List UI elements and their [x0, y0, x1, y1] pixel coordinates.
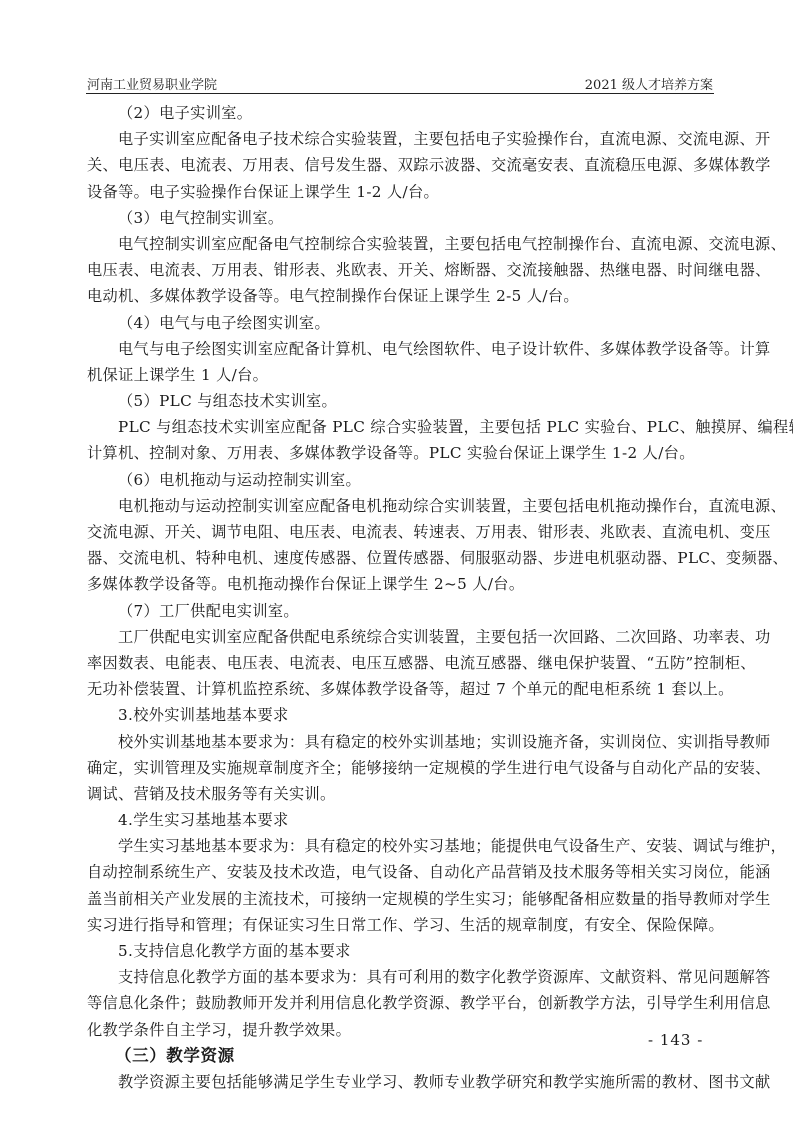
paragraph-line: PLC 与组态技术实训室应配备 PLC 综合实验装置，主要包括 PLC 实验台、… — [87, 414, 713, 440]
subsection-heading: 3.校外实训基地基本要求 — [87, 702, 713, 728]
paragraph-line: 支持信息化教学方面的基本要求为：具有可利用的数字化教学资源库、文献资料、常见问题… — [87, 964, 713, 990]
paragraph-line: 多媒体教学设备等。电机拖动操作台保证上课学生 2~5 人/台。 — [87, 571, 713, 597]
paragraph-line: 校外实训基地基本要求为：具有稳定的校外实训基地；实训设施齐备，实训岗位、实训指导… — [87, 729, 713, 755]
subsection-heading: 4.学生实习基地基本要求 — [87, 807, 713, 833]
subsection-heading: （4）电气与电子绘图实训室。 — [87, 310, 713, 336]
paragraph-line: 化教学条件自主学习，提升教学效果。 — [87, 1017, 713, 1043]
section-heading: （三）教学资源 — [87, 1043, 713, 1069]
subsection-heading: （6）电机拖动与运动控制实训室。 — [87, 467, 713, 493]
paragraph-line: 交流电源、开关、调节电阻、电压表、电流表、转速表、万用表、钳形表、兆欧表、直流电… — [87, 519, 713, 545]
paragraph-line: 电子实训室应配备电子技术综合实验装置，主要包括电子实验操作台，直流电源、交流电源… — [87, 126, 713, 152]
header-document-title: 2021 级人才培养方案 — [585, 74, 713, 93]
paragraph-line: 调试、营销及技术服务等有关实训。 — [87, 781, 713, 807]
subsection-heading: 5.支持信息化教学方面的基本要求 — [87, 938, 713, 964]
paragraph-line: 教学资源主要包括能够满足学生专业学习、教师专业教学研究和教学实施所需的教材、图书… — [87, 1069, 713, 1095]
paragraph-line: 实习进行指导和管理；有保证实习生日常工作、学习、生活的规章制度，有安全、保险保障… — [87, 912, 713, 938]
header-divider — [86, 93, 714, 94]
paragraph-line: 电动机、多媒体教学设备等。电气控制操作台保证上课学生 2-5 人/台。 — [87, 283, 713, 309]
page-body: （2）电子实训室。电子实训室应配备电子技术综合实验装置，主要包括电子实验操作台，… — [87, 100, 713, 1095]
paragraph-line: 计算机、控制对象、万用表、多媒体教学设备等。PLC 实验台保证上课学生 1-2 … — [87, 440, 713, 466]
page-header: 河南工业贸易职业学院 2021 级人才培养方案 — [87, 70, 713, 92]
paragraph-line: 电气控制实训室应配备电气控制综合实验装置，主要包括电气控制操作台、直流电源、交流… — [87, 231, 713, 257]
paragraph-line: 盖当前相关产业发展的主流技术，可接纳一定规模的学生实习；能够配备相应数量的指导教… — [87, 886, 713, 912]
paragraph-line: 关、电压表、电流表、万用表、信号发生器、双踪示波器、交流毫安表、直流稳压电源、多… — [87, 152, 713, 178]
header-institution: 河南工业贸易职业学院 — [87, 74, 217, 93]
paragraph-line: 等信息化条件；鼓励教师开发并利用信息化教学资源、教学平台，创新教学方法，引导学生… — [87, 990, 713, 1016]
subsection-heading: （7）工厂供配电实训室。 — [87, 598, 713, 624]
paragraph-line: 确定，实训管理及实施规章制度齐全；能够接纳一定规模的学生进行电气设备与自动化产品… — [87, 755, 713, 781]
subsection-heading: （2）电子实训室。 — [87, 100, 713, 126]
paragraph-line: 电压表、电流表、万用表、钳形表、兆欧表、开关、熔断器、交流接触器、热继电器、时间… — [87, 257, 713, 283]
paragraph-line: 电气与电子绘图实训室应配备计算机、电气绘图软件、电子设计软件、多媒体教学设备等。… — [87, 336, 713, 362]
paragraph-line: 机保证上课学生 1 人/台。 — [87, 362, 713, 388]
paragraph-line: 电机拖动与运动控制实训室应配备电机拖动综合实训装置，主要包括电机拖动操作台，直流… — [87, 493, 713, 519]
page-number: - 143 - — [648, 1031, 703, 1049]
paragraph-line: 工厂供配电实训室应配备供配电系统综合实训装置，主要包括一次回路、二次回路、功率表… — [87, 624, 713, 650]
paragraph-line: 率因数表、电能表、电压表、电流表、电压互感器、电流互感器、继电保护装置、“五防”… — [87, 650, 713, 676]
subsection-heading: （5）PLC 与组态技术实训室。 — [87, 388, 713, 414]
paragraph-line: 器、交流电机、特种电机、速度传感器、位置传感器、伺服驱动器、步进电机驱动器、PL… — [87, 545, 713, 571]
paragraph-line: 无功补偿装置、计算机监控系统、多媒体教学设备等，超过 7 个单元的配电柜系统 1… — [87, 676, 713, 702]
paragraph-line: 学生实习基地基本要求为：具有稳定的校外实习基地；能提供电气设备生产、安装、调试与… — [87, 833, 713, 859]
paragraph-line: 设备等。电子实验操作台保证上课学生 1-2 人/台。 — [87, 179, 713, 205]
paragraph-line: 自动控制系统生产、安装及技术改造，电气设备、自动化产品营销及技术服务等相关实习岗… — [87, 859, 713, 885]
subsection-heading: （3）电气控制实训室。 — [87, 205, 713, 231]
